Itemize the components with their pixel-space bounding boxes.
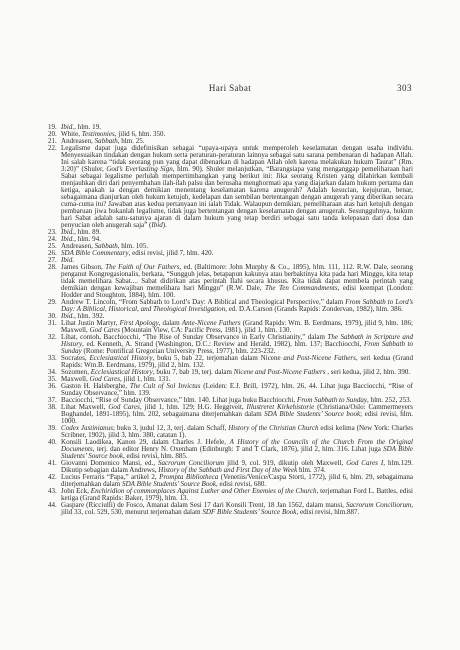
footnote-number: 33. [48,355,61,362]
footnote-number: 29. [48,299,61,306]
footnote-text: , hlm. 90). Shuler melanjutkan, “Barangs… [61,165,413,229]
footnote-text: and Post-Nicene Fathers [283,354,356,362]
footnote: 31.Lihat Justin Martyr, First Apology, d… [48,320,413,334]
footnote: 43.John Eck, Enchiridion of commonplaces… [48,488,413,502]
footnote: 33.Socrates, Ecclesiastical History, buk… [48,355,413,369]
footnote-number: 44. [48,502,61,509]
footnote: 41.Giovanni Domenico Mansi, ed., Sacroru… [48,460,413,474]
page-number: 303 [397,83,412,93]
running-head-title: Hari Sabat [48,83,412,93]
endnotes-list: 19.Ibid., hlm. 19.20.White, Testimonies,… [48,124,413,516]
footnote: 28.James Gibson, The Faith of Our Father… [48,264,413,299]
footnote: 39.Codex Justinianus; buku 3, judul 12, … [48,425,413,439]
footnote-number: 32. [48,334,61,341]
footnote-text: History of the Christian Church [228,424,318,432]
footnote: 40.Konsili Laodikea, Kanon 29, dalam Cha… [48,439,413,460]
footnote-number: 28. [48,264,61,271]
footnote-number: 39. [48,425,61,432]
footnote: 23.Ibid., hlm. 89. [48,229,413,236]
footnote-text: God Cares I [346,459,383,467]
footnote-number: 41. [48,460,61,467]
footnote-text: , ed. D.A.Carson (Grands Rapids: Zonderv… [225,305,403,313]
footnote-number: 38. [48,404,61,411]
footnote-text: , seri kedua, jilid 2, hlm. 390. [325,368,410,376]
footnote: 42.Lucius Ferraris “Papa,” artikel 2, Pr… [48,474,413,488]
footnote-text: , edisi revisi, jilid 7, hlm. 420. [129,249,214,257]
footnote-text: ). [163,221,167,229]
footnote-number: 43. [48,488,61,495]
footnote-text: Nicene and Post-Nicene Fathers [234,368,326,376]
footnote-text: The Ten Commandments [265,284,338,292]
footnote: 32.Lihat, contoh, Bacchiocchi, “The Rise… [48,334,413,355]
footnote-text: SDA Bible Students’ Source book [264,410,360,418]
footnote-number: 40. [48,439,61,446]
footnote: 22.Legalisme dapat juga didefinisikan se… [48,145,413,229]
footnote-text: Ibid [151,221,162,229]
footnote-number: 42. [48,474,61,481]
footnote-text: , edisi revisi, hlm.887. [296,508,359,516]
scanned-book-page: Hari Sabat 303 19.Ibid., hlm. 19.20.Whit… [0,0,460,650]
footnote: 36.Gaston H. Halsberghe, The Cult of Sol… [48,383,413,397]
footnote: 29.Andrew T. Lincoln, “From Sabbath to L… [48,299,413,313]
footnote: 44.Gaspare (Ricciulli) de Fosco, Amanat … [48,502,413,516]
footnote-text: SDF Bible Students’ Source Book [202,508,296,516]
page-header: Hari Sabat 303 [48,83,412,95]
footnote-number: 22. [48,145,61,152]
footnote-number: 31. [48,320,61,327]
footnote: 38.Lihat Maxwell, God Cares, jilid 1, hl… [48,404,413,425]
footnote-number: 36. [48,383,61,390]
footnote: 26.SDA Bible Commentary, edisi revisi, j… [48,250,413,257]
